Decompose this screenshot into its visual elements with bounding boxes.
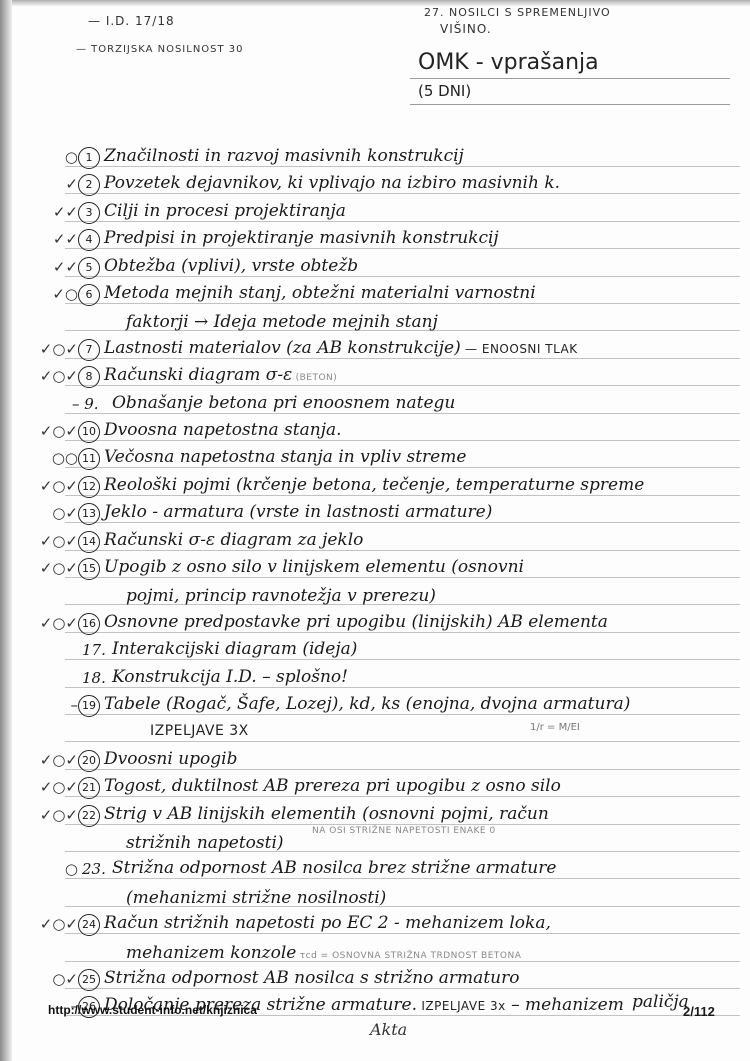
circled-number: 7 bbox=[78, 339, 100, 361]
question-text: Računski σ-ε diagram za jeklo bbox=[104, 530, 363, 550]
question-text: Interakcijski diagram (ideja) bbox=[112, 639, 357, 659]
question-text: Dvoosna napetostna stanja. bbox=[104, 420, 342, 440]
progress-marks: ○○ bbox=[20, 449, 78, 467]
circled-number: 3 bbox=[78, 202, 100, 224]
question-text: Značilnosti in razvoj masivnih konstrukc… bbox=[104, 146, 464, 166]
question-text: Večosna napetostna stanja in vpliv strem… bbox=[104, 447, 466, 467]
print-note: — ENOOSNI TLAK bbox=[461, 342, 578, 356]
question-text: Obtežba (vplivi), vrste obtežb bbox=[104, 256, 358, 276]
question-item: ○1Značilnosti in razvoj masivnih konstru… bbox=[0, 148, 750, 174]
question-continuation: faktorji → Ideja metode mejnih stanj bbox=[0, 312, 750, 338]
circled-number: 6 bbox=[78, 284, 100, 306]
circled-number: 19 bbox=[78, 695, 100, 717]
question-item: ✓○✓14Računski σ-ε diagram za jeklo bbox=[0, 532, 750, 558]
page-title: OMK - vprašanja bbox=[418, 50, 599, 75]
progress-marks: ✓ bbox=[20, 175, 78, 193]
print-note: IZPELJAVE 3x bbox=[417, 999, 506, 1013]
faint-note: τcd = OSNOVNA STRIŽNA TRDNOST BETONA bbox=[296, 951, 521, 961]
progress-marks: ○ bbox=[20, 148, 78, 166]
circled-number: 22 bbox=[78, 805, 100, 827]
question-item: ✓○✓20Dvoosni upogib bbox=[0, 751, 750, 777]
question-text: Upogib z osno silo v linijskem elementu … bbox=[104, 557, 524, 577]
circled-number: 25 bbox=[78, 969, 100, 991]
continuation-text: faktorji → Ideja metode mejnih stanj bbox=[126, 312, 438, 332]
progress-marks: ✓✓ bbox=[20, 203, 78, 221]
progress-marks: ✓○✓ bbox=[20, 422, 78, 440]
question-item: ✓○✓12Reološki pojmi (krčenje betona, teč… bbox=[0, 477, 750, 503]
progress-marks: ✓○✓ bbox=[20, 751, 78, 769]
progress-marks: ○ bbox=[20, 860, 78, 878]
circled-number: 13 bbox=[78, 503, 100, 525]
question-item: ✓○✓7Lastnosti materialov (za AB konstruk… bbox=[0, 340, 750, 366]
progress-marks: – bbox=[20, 696, 78, 714]
question-text: Strižna odpornost AB nosilca brez strižn… bbox=[112, 858, 556, 878]
question-item: ✓2Povzetek dejavnikov, ki vplivajo na iz… bbox=[0, 175, 750, 201]
question-item: 17.Interakcijski diagram (ideja) bbox=[0, 641, 750, 667]
progress-marks: ✓✓ bbox=[20, 258, 78, 276]
page-subtitle: (5 DNI) bbox=[418, 82, 471, 100]
question-item: ✓✓3Cilji in procesi projektiranja bbox=[0, 203, 750, 229]
circled-number: 24 bbox=[78, 914, 100, 936]
question-number: 23. bbox=[82, 859, 106, 879]
subtitle-underline bbox=[410, 104, 730, 105]
scan-top-edge bbox=[0, 0, 750, 6]
question-number: – 9. bbox=[72, 394, 99, 414]
question-item: ○✓13Jeklo - armatura (vrste in lastnosti… bbox=[0, 504, 750, 530]
question-text: Jeklo - armatura (vrste in lastnosti arm… bbox=[104, 502, 492, 522]
question-continuation: (mehanizmi strižne nosilnosti) bbox=[0, 888, 750, 914]
progress-marks: ✓○✓ bbox=[20, 778, 78, 796]
progress-marks: ✓○✓ bbox=[20, 477, 78, 495]
circled-number: 21 bbox=[78, 777, 100, 799]
circled-number: 14 bbox=[78, 531, 100, 553]
circled-number: 5 bbox=[78, 257, 100, 279]
progress-marks: ✓○ bbox=[20, 285, 78, 303]
circled-number: 1 bbox=[78, 147, 100, 169]
print-note: IZPELJAVE 3X bbox=[150, 723, 249, 739]
question-text: Konstrukcija I.D. – splošno! bbox=[112, 667, 348, 687]
question-continuation: mehanizem konzole τcd = OSNOVNA STRIŽNA … bbox=[0, 943, 750, 969]
circled-number: 2 bbox=[78, 174, 100, 196]
question-item: 18.Konstrukcija I.D. – splošno! bbox=[0, 669, 750, 695]
question-text: Strižna odpornost AB nosilca s strižno a… bbox=[104, 968, 519, 988]
progress-marks: ✓○✓ bbox=[20, 532, 78, 550]
faint-note: (BETON) bbox=[292, 373, 337, 383]
question-number: 17. bbox=[82, 640, 106, 660]
question-text: Cilji in procesi projektiranja bbox=[104, 201, 346, 221]
progress-marks: ✓○✓ bbox=[20, 915, 78, 933]
question-text: Obnašanje betona pri enoosnem nategu bbox=[112, 393, 455, 413]
question-item: ✓○✓16Osnovne predpostavke pri upogibu (l… bbox=[0, 614, 750, 640]
progress-marks: ○✓ bbox=[20, 970, 78, 988]
progress-marks: ✓○✓ bbox=[20, 559, 78, 577]
footer-url[interactable]: http://www.student-info.net/knjiznica bbox=[48, 1003, 257, 1017]
header-note-torsion: — TORZIJSKA NOSILNOST 30 bbox=[76, 44, 244, 55]
progress-marks: ✓○✓ bbox=[20, 340, 78, 358]
question-text: Računski diagram σ-ε (BETON) bbox=[104, 365, 337, 385]
progress-marks: ✓✓ bbox=[20, 230, 78, 248]
circled-number: 8 bbox=[78, 366, 100, 388]
circled-number: 4 bbox=[78, 229, 100, 251]
question-item: ✓○6Metoda mejnih stanj, obtežni material… bbox=[0, 285, 750, 311]
circled-number: 15 bbox=[78, 558, 100, 580]
question-text: Povzetek dejavnikov, ki vplivajo na izbi… bbox=[104, 173, 560, 193]
question-text: Reološki pojmi (krčenje betona, tečenje,… bbox=[104, 475, 644, 495]
progress-marks: ✓○✓ bbox=[20, 806, 78, 824]
question-continuation: pojmi, princip ravnotežja v prerezu) bbox=[0, 586, 750, 612]
header-note-visino: VIŠINO. bbox=[440, 22, 492, 36]
question-text: Togost, duktilnost AB prereza pri upogib… bbox=[104, 776, 561, 796]
question-item: ○○11Večosna napetostna stanja in vpliv s… bbox=[0, 449, 750, 475]
question-item: ✓○✓8Računski diagram σ-ε (BETON) bbox=[0, 367, 750, 393]
header-note-27: 27. NOSILCI S SPREMENLJIVO bbox=[424, 6, 611, 19]
question-number: 18. bbox=[82, 668, 106, 688]
circled-number: 11 bbox=[78, 448, 100, 470]
question-text: Metoda mejnih stanj, obtežni materialni … bbox=[104, 283, 536, 303]
question-text: Dvoosni upogib bbox=[104, 749, 238, 769]
question-continuation: IZPELJAVE 3X bbox=[0, 723, 750, 749]
progress-marks: ✓○✓ bbox=[20, 367, 78, 385]
circled-number: 16 bbox=[78, 613, 100, 635]
page-number: 2/112 bbox=[683, 1004, 715, 1019]
formula-curvature: 1/r = M/EI bbox=[530, 722, 580, 734]
continuation-text: pojmi, princip ravnotežja v prerezu) bbox=[126, 586, 436, 606]
question-text: Predpisi in projektiranje masivnih konst… bbox=[104, 228, 499, 248]
progress-marks: ✓○✓ bbox=[20, 614, 78, 632]
title-underline bbox=[410, 78, 730, 79]
question-item: ✓✓4Predpisi in projektiranje masivnih ko… bbox=[0, 230, 750, 256]
question-item: ○23.Strižna odpornost AB nosilca brez st… bbox=[0, 860, 750, 886]
question-text: Strig v AB linijskih elementih (osnovni … bbox=[104, 804, 549, 824]
circled-number: 20 bbox=[78, 750, 100, 772]
question-item: ✓○✓24Račun strižnih napetosti po EC 2 - … bbox=[0, 915, 750, 941]
continuation-text: strižnih napetosti) bbox=[126, 833, 284, 853]
question-continuation: strižnih napetosti) bbox=[0, 833, 750, 859]
question-item: ✓○✓21Togost, duktilnost AB prereza pri u… bbox=[0, 778, 750, 804]
question-text: Račun strižnih napetosti po EC 2 - mehan… bbox=[104, 913, 551, 933]
progress-marks: ○✓ bbox=[20, 504, 78, 522]
question-item: – 9.Obnašanje betona pri enoosnem nategu bbox=[0, 395, 750, 421]
circled-number: 10 bbox=[78, 421, 100, 443]
question-item: ✓○✓15Upogib z osno silo v linijskem elem… bbox=[0, 559, 750, 585]
footer-signature: Akta bbox=[370, 1020, 407, 1039]
question-text: Lastnosti materialov (za AB konstrukcije… bbox=[104, 338, 578, 358]
question-text: Tabele (Rogač, Šafe, Lozej), kd, ks (eno… bbox=[104, 694, 630, 714]
question-text: Osnovne predpostavke pri upogibu (linijs… bbox=[104, 612, 608, 632]
footer-continuation-word: paličja bbox=[632, 992, 689, 1012]
question-item: –19Tabele (Rogač, Šafe, Lozej), kd, ks (… bbox=[0, 696, 750, 722]
continuation-text: mehanizem konzole τcd = OSNOVNA STRIŽNA … bbox=[126, 943, 521, 963]
continuation-text: (mehanizmi strižne nosilnosti) bbox=[126, 888, 386, 908]
header-note-id: — I.D. 17/18 bbox=[88, 14, 175, 28]
circled-number: 12 bbox=[78, 476, 100, 498]
question-item: ✓○✓10Dvoosna napetostna stanja. bbox=[0, 422, 750, 448]
question-item: ✓✓5Obtežba (vplivi), vrste obtežb bbox=[0, 258, 750, 284]
